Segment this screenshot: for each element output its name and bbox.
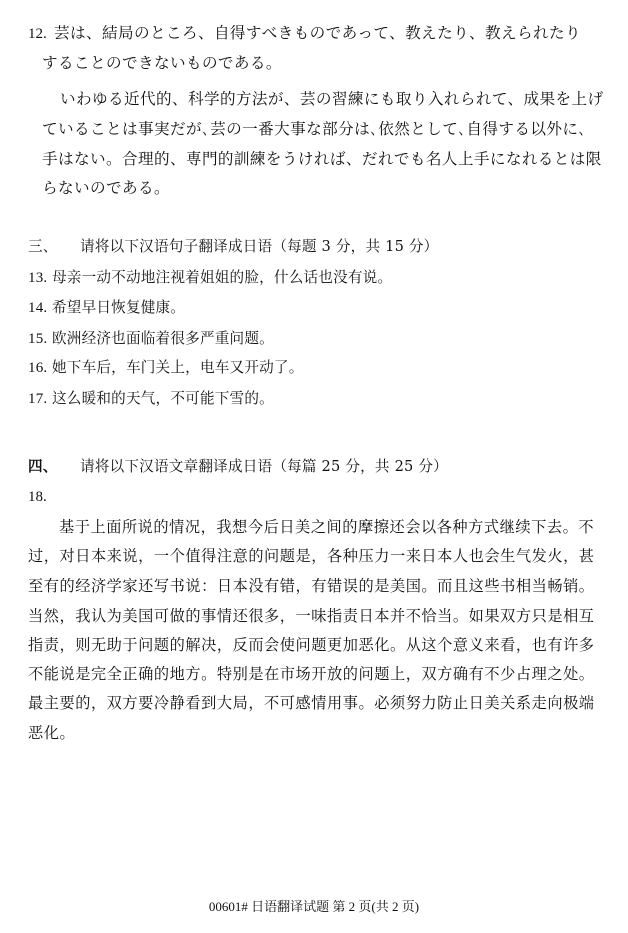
paragraph-line: 最主要的，双方要冷静看到大局，不可感情用事。必须努力防止日美关系走向极端 <box>28 693 595 713</box>
section-4-heading: 四、请将以下汉语文章翻译成日语（每篇 25 分，共 25 分） <box>28 457 448 477</box>
paragraph-line: 指责，则无助于问题的解决，反而会使问题更加恶化。从这个意义来看，也有许多 <box>28 635 595 655</box>
paragraph-line: 过，对日本来说，一个值得注意的问题是，各种压力一来日本人也会生气发火，甚 <box>28 546 595 566</box>
list-item: 17.这么暖和的天气，不可能下雪的。 <box>28 389 274 409</box>
question-12-line-5: 手はない。合理的、専門的訓練をうければ、だれでも名人上手になれるとは限 <box>42 149 602 169</box>
list-item: 15.欧洲经济也面临着很多严重问题。 <box>28 329 274 349</box>
list-item: 14.希望早日恢复健康。 <box>28 298 185 318</box>
list-item: 16.她下车后，车门关上，电车又开动了。 <box>28 358 304 378</box>
question-12-line-1: 12.芸は、結局のところ、自得すべきものであって、教えたり、教えられたり <box>28 23 581 44</box>
section-label: 三、 <box>28 237 80 257</box>
paragraph-line: 当然，我认为美国可做的事情还很多，一味指责日本并不恰当。如果双方只是相互 <box>28 606 595 626</box>
item-number: 13. <box>28 268 52 288</box>
question-12-line-3: いわゆる近代的、科学的方法が、芸の習練にも取り入れられて、成果を上げ <box>60 89 603 109</box>
section-label: 四、 <box>28 457 80 477</box>
paragraph-line: 不能说是完全正确的地方。特别是在市场开放的问题上，双方确有不少占理之处。 <box>28 664 595 684</box>
item-number: 17. <box>28 389 52 409</box>
item-text: 这么暖和的天气，不可能下雪的。 <box>52 390 274 407</box>
paragraph-line: 恶化。 <box>28 723 75 743</box>
list-item: 13.母亲一动不动地注视着姐姐的脸，什么话也没有说。 <box>28 268 392 288</box>
question-text: 芸は、結局のところ、自得すべきものであって、教えたり、教えられたり <box>54 24 581 42</box>
item-number: 18. <box>28 487 47 507</box>
item-number: 14. <box>28 298 52 318</box>
question-number: 12. <box>28 24 54 44</box>
item-text: 希望早日恢复健康。 <box>52 299 185 316</box>
item-number: 15. <box>28 329 52 349</box>
paragraph-line: 至有的经济学家还写书说：日本没有错，有错误的是美国。而且这些书相当畅销。 <box>28 576 595 596</box>
section-3-heading: 三、请将以下汉语句子翻译成日语（每题 3 分，共 15 分） <box>28 237 438 257</box>
item-text: 欧洲经济也面临着很多严重问题。 <box>52 330 274 347</box>
section-instruction: 请将以下汉语句子翻译成日语（每题 3 分，共 15 分） <box>80 238 438 255</box>
question-12-line-6: らないのである。 <box>42 178 170 198</box>
paragraph-line: 基于上面所说的情况，我想今后日美之间的摩擦还会以各种方式继续下去。不 <box>59 517 594 537</box>
page-footer: 00601# 日语翻译试题 第 2 页(共 2 页) <box>0 896 628 915</box>
item-text: 她下车后，车门关上，电车又开动了。 <box>52 359 304 376</box>
question-12-line-4: ていることは事実だが､芸の一番大事な部分は､依然として､自得する以外に､ <box>42 119 587 139</box>
question-12-line-2: することのできないものである。 <box>42 53 282 73</box>
item-number: 16. <box>28 358 52 378</box>
item-text: 母亲一动不动地注视着姐姐的脸，什么话也没有说。 <box>52 269 392 286</box>
section-instruction: 请将以下汉语文章翻译成日语（每篇 25 分，共 25 分） <box>80 458 448 475</box>
